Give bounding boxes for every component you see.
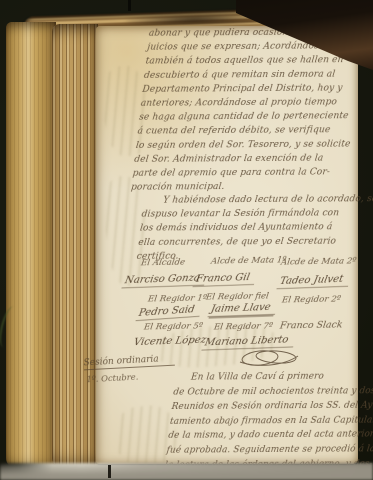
manuscript-line: anteriores; Acordándose al propio tiempo bbox=[140, 95, 356, 110]
signature-name: Jaime Llave bbox=[207, 302, 277, 317]
manuscript-line: parte del apremio que para contra la Cor… bbox=[132, 165, 348, 180]
manuscript-line: se haga alguna cantidad de lo pertenecie… bbox=[138, 109, 354, 124]
manuscript-line: del Sor. Administrador la exención de la bbox=[133, 151, 349, 166]
manuscript-line: lo según orden del Sor. Tesorero, y se s… bbox=[135, 137, 351, 152]
signature-title: Alcde de Mata 2º bbox=[280, 256, 357, 267]
signature-title: El Regidor 1º bbox=[147, 293, 207, 304]
manuscript-line: fué aprobada. Seguidamente se procedió á… bbox=[166, 442, 373, 458]
signature-title: El Regidor fiel bbox=[205, 291, 269, 302]
signature-name: Tadeo Julvet bbox=[276, 274, 350, 289]
manuscript-line: de la misma, y dado cuenta del acta ante… bbox=[167, 428, 373, 444]
margin-note-heading: Sesión ordinaria bbox=[83, 354, 175, 371]
bottom-edge-tick-mark bbox=[108, 465, 111, 478]
margin-note: Sesión ordinaria 1º. Octubre. bbox=[83, 354, 175, 385]
signature-title: El Regidor 2º bbox=[281, 294, 341, 305]
bottom-blur-strip bbox=[0, 463, 373, 480]
signature-name: Pedro Said bbox=[136, 304, 202, 321]
signature-name: Franco Gil bbox=[192, 272, 256, 287]
manuscript-line: Departamento Principal del Distrito, hoy… bbox=[142, 81, 358, 96]
signature-title: Franco Slack bbox=[279, 319, 343, 331]
manuscript-line: de Octubre de mil ochocientos treinta y … bbox=[172, 384, 373, 400]
rubric-flourish bbox=[238, 346, 300, 370]
manuscript-line: á cuenta del referido débito, se verifiq… bbox=[137, 123, 353, 138]
manuscript-line: Reunidos en Sesión ordinaria los SS. del… bbox=[171, 398, 373, 414]
top-edge-tick-mark bbox=[128, 0, 131, 11]
signature-title: El Regidor 5º bbox=[143, 321, 203, 332]
manuscript-line: En la Villa de Caví á primero bbox=[174, 369, 373, 385]
signature-name: Vicente López bbox=[131, 335, 214, 350]
signature-title: El Regidor 7º bbox=[213, 321, 273, 332]
handwritten-paragraph-2: Y habiéndose dado lectura de lo acordado… bbox=[136, 192, 373, 264]
signature-title: El Alcalde bbox=[140, 258, 186, 269]
handwritten-paragraph-3: En la Villa de Caví á primero de Octubre… bbox=[164, 369, 373, 473]
manuscript-line: también á todos aquellos que se hallen e… bbox=[145, 53, 361, 68]
manuscript-line: tamiento abajo firmados en la Sala Capit… bbox=[169, 413, 373, 429]
signature-title: Alcde de Mata 1º bbox=[210, 255, 287, 266]
handwriting-layer: abonar y que pudiera ocasionar los per- … bbox=[0, 0, 373, 480]
manuscript-line: descubierto á que remitan sin demora al bbox=[143, 67, 359, 82]
margin-note-date: 1º. Octubre. bbox=[86, 370, 176, 385]
